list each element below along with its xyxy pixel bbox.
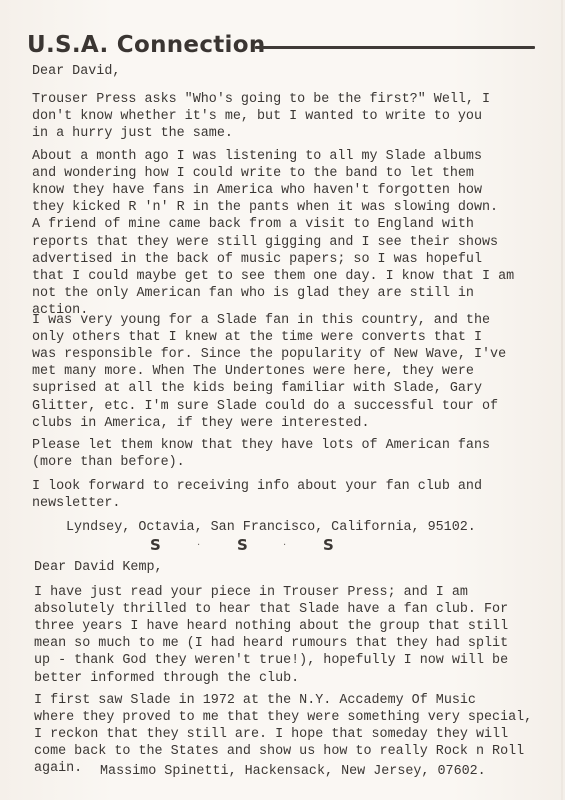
paragraph-line: (more than before). [32, 454, 185, 471]
separator-dot-1: · [197, 537, 200, 554]
salutation: Dear David, [32, 63, 120, 80]
paragraph-line: Glitter, etc. I'm sure Slade could do a … [32, 398, 498, 415]
paragraph-line: absolutely thrilled to hear that Slade h… [34, 601, 508, 618]
paragraph-line: was responsible for. Since the popularit… [32, 346, 506, 363]
paragraph-line: met many more. When The Undertones were … [32, 363, 474, 380]
paragraph-line: I reckon that they still are. I hope tha… [34, 726, 508, 743]
paragraph-line: I was very young for a Slade fan in this… [32, 312, 490, 329]
paragraph-line: in a hurry just the same. [32, 125, 233, 142]
separator-s-3: S [323, 537, 334, 554]
document-page: U.S.A. Connection Dear David,Trouser Pre… [0, 0, 565, 800]
signature: Massimo Spinetti, Hackensack, New Jersey… [100, 763, 486, 780]
paragraph-line: I have just read your piece in Trouser P… [34, 584, 468, 601]
paragraph-line: reports that they were still gigging and… [32, 234, 498, 251]
paragraph-line: that I could maybe get to see them one d… [32, 268, 514, 285]
salutation: Dear David Kemp, [34, 559, 163, 576]
paragraph-line: only others that I knew at the time were… [32, 329, 482, 346]
paragraph-line: and wondering how I could write to the b… [32, 165, 474, 182]
paragraph-line: where they proved to me that they were s… [34, 709, 532, 726]
page-crease [561, 0, 563, 800]
paragraph-line: About a month ago I was listening to all… [32, 148, 482, 165]
separator-s-2: S [237, 537, 248, 554]
signature: Lyndsey, Octavia, San Francisco, Califor… [66, 519, 476, 536]
paragraph-line: don't know whether it's me, but I wanted… [32, 108, 482, 125]
paragraph-line: better informed through the club. [34, 670, 299, 687]
separator-dot-2: · [283, 537, 286, 554]
paragraph-line: Please let them know that they have lots… [32, 437, 490, 454]
paragraph-line: mean so much to me (I had heard rumours … [34, 635, 508, 652]
section-heading: U.S.A. Connection [27, 31, 266, 59]
paragraph-line: up - thank God they weren't true!), hope… [34, 652, 508, 669]
paragraph-line: clubs in America, if they were intereste… [32, 415, 370, 432]
paragraph-line: advertised in the back of music papers; … [32, 251, 482, 268]
paragraph-line: not the only American fan who is glad th… [32, 285, 474, 302]
paragraph-line: three years I have heard nothing about t… [34, 618, 508, 635]
separator-s-1: S [150, 537, 161, 554]
paragraph-line: know they have fans in America who haven… [32, 182, 482, 199]
paragraph-line: I first saw Slade in 1972 at the N.Y. Ac… [34, 692, 476, 709]
paragraph-line: newsletter. [32, 495, 120, 512]
paragraph-line: again. [34, 760, 82, 777]
heading-rule [255, 46, 535, 49]
paragraph-line: come back to the States and show us how … [34, 743, 524, 760]
paragraph-line: I look forward to receiving info about y… [32, 478, 482, 495]
paragraph-line: they kicked R 'n' R in the pants when it… [32, 199, 498, 216]
paragraph-line: Trouser Press asks "Who's going to be th… [32, 91, 490, 108]
paragraph-line: A friend of mine came back from a visit … [32, 216, 474, 233]
paragraph-line: suprised at all the kids being familiar … [32, 380, 482, 397]
